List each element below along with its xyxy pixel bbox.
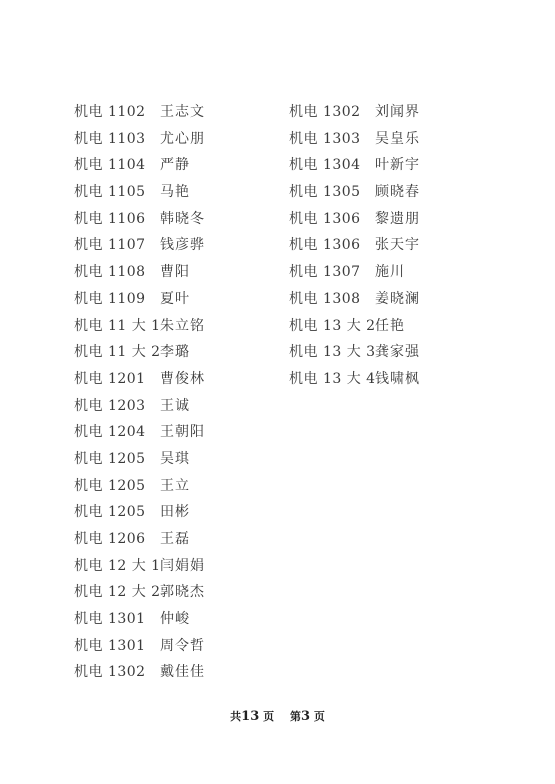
class-label: 机电 1205: [74, 473, 146, 500]
student-name: 李璐: [160, 339, 190, 366]
class-label: 机电 1306: [289, 232, 361, 259]
class-label: 机电 1206: [74, 526, 146, 553]
class-label: 机电 1201: [74, 366, 146, 393]
student-name: 张天宇: [375, 232, 420, 259]
class-label: 机电 1204: [74, 419, 146, 446]
class-label: 机电 1305: [289, 179, 361, 206]
class-label: 机电 1304: [289, 152, 361, 179]
student-name: 韩晓冬: [160, 206, 205, 233]
class-label: 机电 1301: [74, 606, 146, 633]
student-name: 尤心朋: [160, 126, 205, 153]
class-label: 机电 1102: [74, 99, 146, 126]
class-label: 机电 1104: [74, 152, 146, 179]
student-name: 闫娟娟: [160, 553, 205, 580]
student-name: 钱彦骅: [160, 232, 205, 259]
student-name: 田彬: [160, 499, 190, 526]
class-label: 机电 13 大 4: [289, 366, 376, 393]
class-label: 机电 1302: [74, 659, 146, 686]
student-name: 任艳: [375, 313, 405, 340]
student-name: 钱啸枫: [375, 366, 420, 393]
student-name: 王磊: [160, 526, 190, 553]
class-label: 机电 12 大 2: [74, 579, 161, 606]
student-name: 朱立铭: [160, 313, 205, 340]
student-name: 仲峻: [160, 606, 190, 633]
class-label: 机电 1103: [74, 126, 146, 153]
student-name: 周令哲: [160, 633, 205, 660]
class-label: 机电 1307: [289, 259, 361, 286]
student-name: 王诚: [160, 393, 190, 420]
class-label: 机电 1107: [74, 232, 146, 259]
student-name: 施川: [375, 259, 405, 286]
student-name: 吴皇乐: [375, 126, 420, 153]
student-name: 黎遗朋: [375, 206, 420, 233]
class-label: 机电 1205: [74, 446, 146, 473]
student-name: 严静: [160, 152, 190, 179]
class-label: 机电 1302: [289, 99, 361, 126]
student-name: 郭晓杰: [160, 579, 205, 606]
class-label: 机电 1108: [74, 259, 146, 286]
student-name: 马艳: [160, 179, 190, 206]
student-name: 叶新宇: [375, 152, 420, 179]
student-name: 吴琪: [160, 446, 190, 473]
student-name: 姜晓澜: [375, 286, 420, 313]
class-label: 机电 13 大 2: [289, 313, 376, 340]
student-name: 夏叶: [160, 286, 190, 313]
class-label: 机电 1109: [74, 286, 146, 313]
student-name: 王立: [160, 473, 190, 500]
class-label: 机电 12 大 1: [74, 553, 161, 580]
class-label: 机电 1205: [74, 499, 146, 526]
total-pages: 共13 页: [230, 710, 274, 723]
current-page: 第3 页: [290, 710, 325, 723]
class-label: 机电 1203: [74, 393, 146, 420]
student-name: 龚家强: [375, 339, 420, 366]
class-label: 机电 11 大 1: [74, 313, 161, 340]
class-label: 机电 1105: [74, 179, 146, 206]
class-label: 机电 1308: [289, 286, 361, 313]
class-label: 机电 13 大 3: [289, 339, 376, 366]
class-label: 机电 1306: [289, 206, 361, 233]
class-label: 机电 11 大 2: [74, 339, 161, 366]
class-label: 机电 1301: [74, 633, 146, 660]
student-name: 戴佳佳: [160, 659, 205, 686]
student-name: 王朝阳: [160, 419, 205, 446]
student-name: 曹阳: [160, 259, 190, 286]
student-name: 刘闻界: [375, 99, 420, 126]
page-footer: 共13 页 第3 页: [0, 708, 555, 724]
class-label: 机电 1106: [74, 206, 146, 233]
student-name: 曹俊林: [160, 366, 205, 393]
class-label: 机电 1303: [289, 126, 361, 153]
student-name: 顾晓春: [375, 179, 420, 206]
student-name: 王志文: [160, 99, 205, 126]
